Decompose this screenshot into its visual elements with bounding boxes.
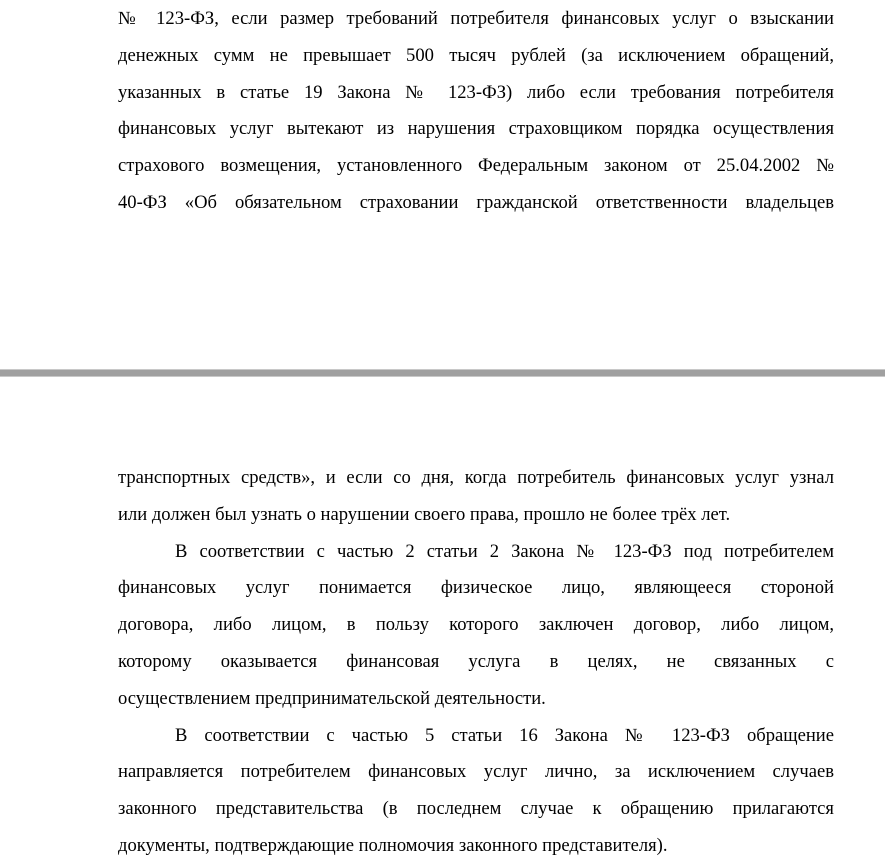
text-line: договора, либо лицом, в пользу которого …	[118, 607, 834, 644]
text-line: документы, подтверждающие полномочия зак…	[118, 828, 834, 861]
text-line: финансовых услуг вытекают из нарушения с…	[118, 111, 834, 148]
text-line: или должен был узнать о нарушении своего…	[118, 497, 834, 534]
text-line: В соответствии с частью 2 статьи 2 Закон…	[118, 534, 834, 571]
text-line: направляется потребителем финансовых усл…	[118, 754, 834, 791]
paragraph-personal-submission: В соответствии с частью 5 статьи 16 Зако…	[118, 718, 834, 861]
paragraph-continuation: транспортных средств», и если со дня, ко…	[118, 460, 834, 534]
document-page-bottom: транспортных средств», и если со дня, ко…	[0, 377, 885, 861]
text-line: осуществлением предпринимательской деяте…	[118, 681, 834, 718]
text-line: транспортных средств», и если со дня, ко…	[118, 460, 834, 497]
text-line: денежных сумм не превышает 500 тысяч руб…	[118, 38, 834, 75]
page-break-separator	[0, 369, 885, 377]
text-line: указанных в статье 19 Закона № 123-ФЗ) л…	[118, 75, 834, 112]
text-line: законного представительства (в последнем…	[118, 791, 834, 828]
document-page-top: № 123-ФЗ, если размер требований потреби…	[0, 0, 885, 369]
text-line: страхового возмещения, установленного Фе…	[118, 148, 834, 185]
text-line: 40-ФЗ «Об обязательном страховании гражд…	[118, 185, 834, 222]
paragraph-continued: № 123-ФЗ, если размер требований потреби…	[118, 1, 834, 222]
text-line: финансовых услуг понимается физическое л…	[118, 570, 834, 607]
page-text: транспортных средств», и если со дня, ко…	[118, 460, 834, 861]
text-line: № 123-ФЗ, если размер требований потреби…	[118, 1, 834, 38]
text-line: В соответствии с частью 5 статьи 16 Зако…	[118, 718, 834, 755]
paragraph-consumer-definition: В соответствии с частью 2 статьи 2 Закон…	[118, 534, 834, 718]
text-line: которому оказывается финансовая услуга в…	[118, 644, 834, 681]
